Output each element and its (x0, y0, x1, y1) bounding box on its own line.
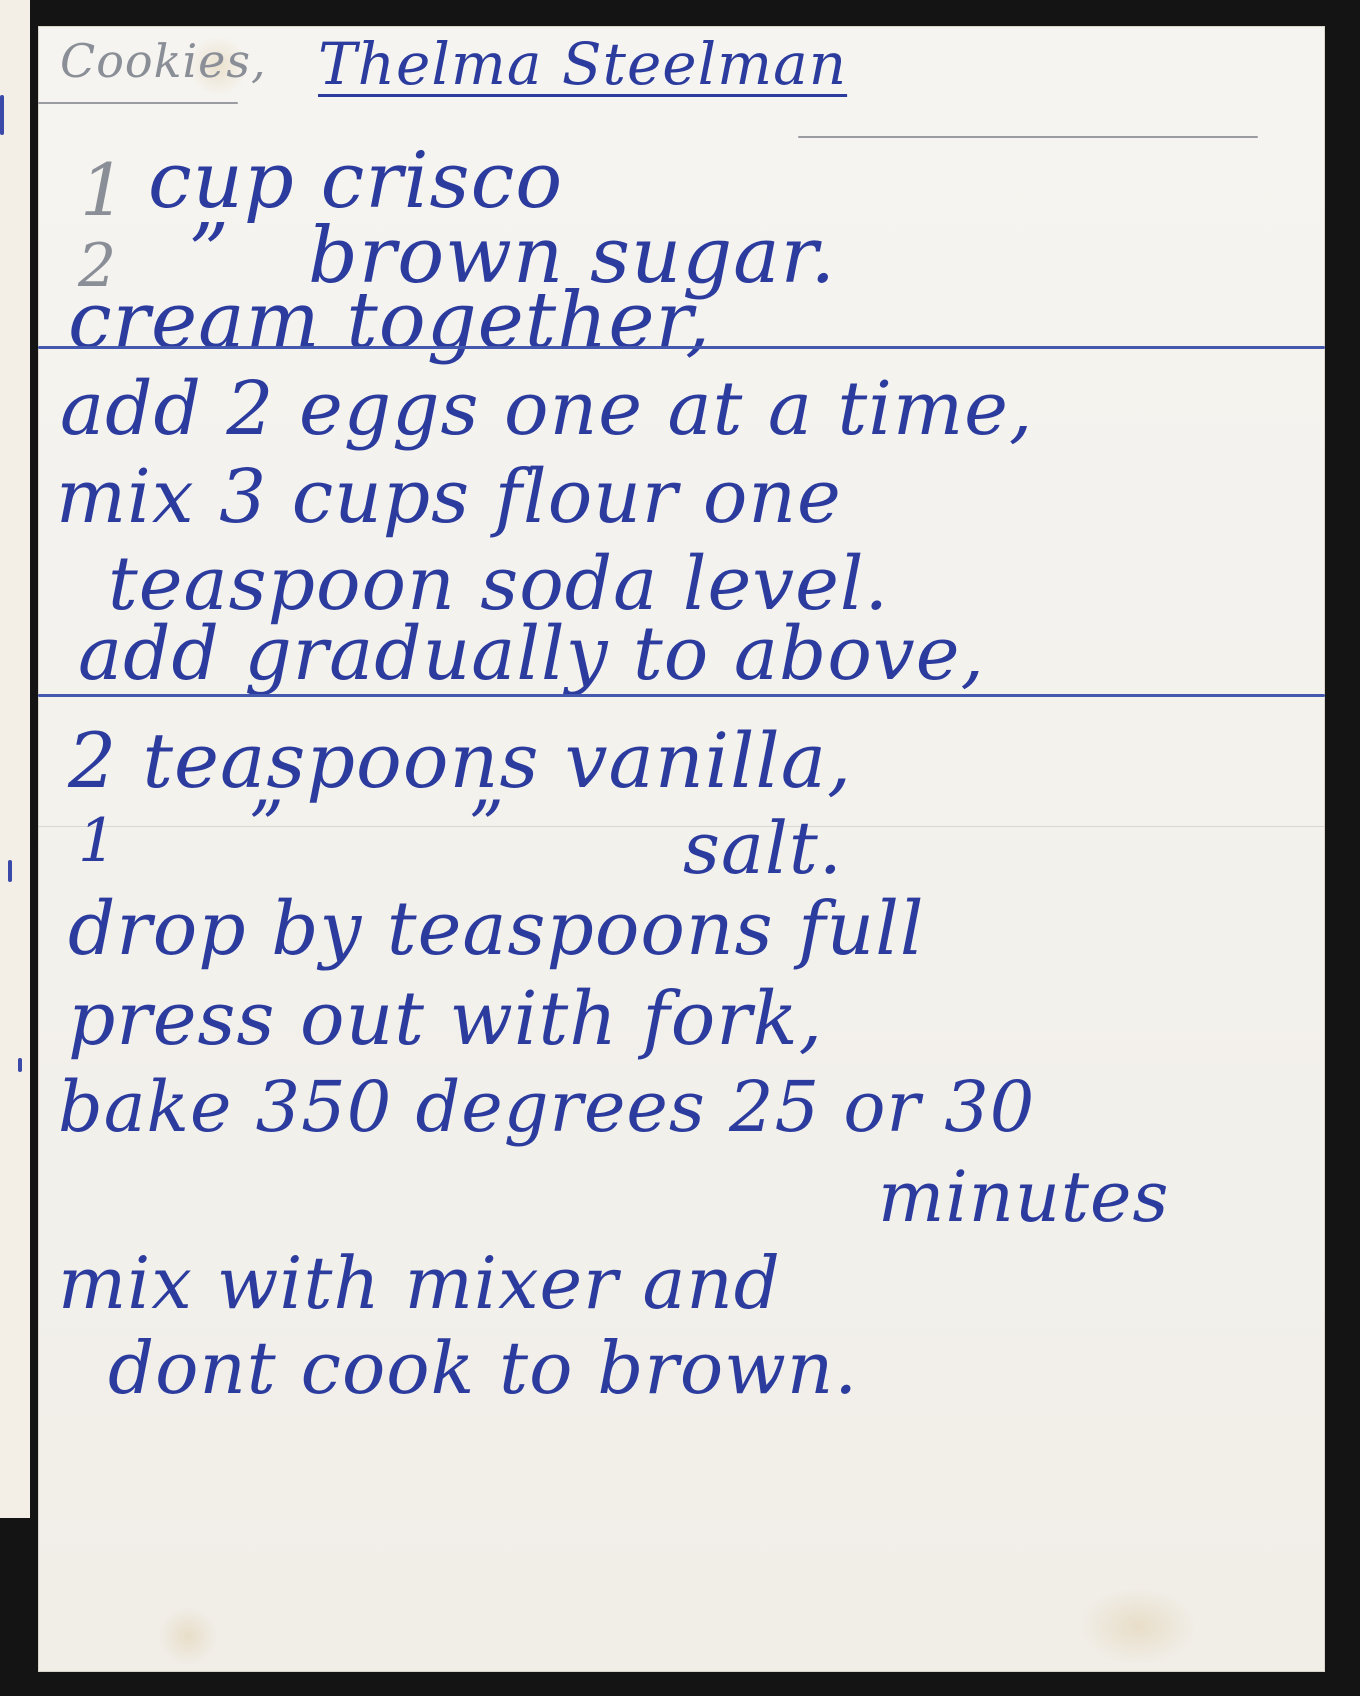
ink-mark (18, 1058, 22, 1072)
recipe-author: Thelma Steelman (318, 30, 847, 98)
instruction-line: dont cook to brown. (108, 1326, 858, 1410)
title-underline (38, 102, 238, 104)
ditto-mark: ” (248, 786, 285, 868)
ingredient-line: salt. (683, 806, 843, 890)
paper-stain (158, 1606, 218, 1666)
adjacent-page-edge (0, 0, 30, 1518)
ditto-mark: ” (468, 786, 505, 868)
ingredient-qty: 1 (80, 148, 127, 232)
instruction-line: add 2 eggs one at a time, (60, 366, 1033, 452)
recipe-category: Cookies, (60, 34, 267, 88)
instruction-line: cream together, (68, 276, 711, 366)
section-divider (38, 694, 1325, 697)
ink-mark (0, 95, 4, 135)
instruction-line: mix with mixer and (58, 1241, 781, 1325)
section-divider (38, 346, 1325, 349)
instruction-line: drop by teaspoons full (68, 886, 925, 972)
instruction-line: press out with fork, (68, 976, 823, 1062)
ingredient-line: 2 teaspoons vanilla, (68, 716, 852, 805)
instruction-line: bake 350 degrees 25 or 30 (58, 1066, 1035, 1148)
ink-mark (8, 860, 12, 882)
recipe-sheet: Cookies, Thelma Steelman 1 cup crisco 2 … (38, 26, 1325, 1672)
instruction-line: minutes (878, 1156, 1169, 1238)
title-underline-right (798, 136, 1258, 138)
paper-fold-crease (38, 826, 1325, 827)
instruction-line: mix 3 cups flour one (56, 454, 842, 540)
instruction-line: add gradually to above, (78, 611, 985, 697)
ingredient-qty: 1 (78, 806, 117, 876)
paper-stain (1078, 1586, 1198, 1666)
